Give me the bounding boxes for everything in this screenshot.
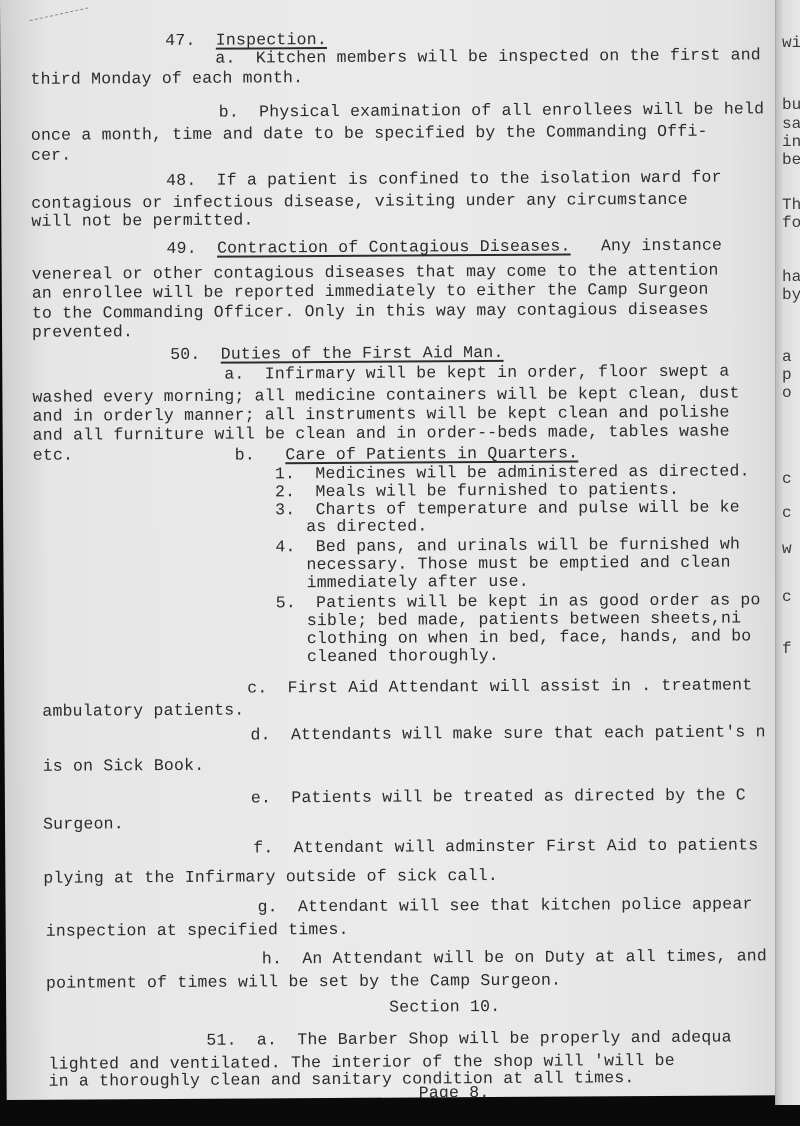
sub-label: e.: [251, 788, 271, 807]
item-48-line2: contagious or infectious disease, visiti…: [31, 190, 688, 213]
care-item-3-line2: as directed.: [306, 516, 427, 536]
fragment: ha: [782, 268, 800, 286]
item-50e-line1: e. Patients will be treated as directed …: [251, 785, 746, 807]
section-heading: Inspection.: [216, 30, 327, 50]
sub-label: b.: [219, 103, 239, 122]
text: If a patient is confined to the isolatio…: [217, 168, 722, 190]
list-number: 2.: [275, 482, 295, 501]
text: Patients will be treated as directed by …: [291, 785, 746, 807]
text: Any instance: [601, 236, 722, 256]
list-number: 3.: [275, 500, 295, 519]
item-51-line1: 51. a. The Barber Shop will be properly …: [206, 1028, 731, 1050]
text: Attendant will see that kitchen police a…: [298, 894, 753, 916]
fragment: by: [782, 286, 800, 304]
adjacent-page-edge: wi bu sa in be Th fo ha by a p o c c w c…: [775, 0, 800, 1105]
document-page: 47. Inspection. a. Kitchen members will …: [0, 0, 797, 1100]
list-number: 4.: [275, 537, 295, 556]
fragment: be: [782, 151, 800, 169]
item-47b-line2: once a month, time and date to be specif…: [31, 122, 708, 145]
sub-label: a.: [257, 1030, 277, 1049]
fragment: sa: [782, 115, 800, 133]
item-number: 50.: [170, 345, 200, 364]
fragment: c: [782, 470, 792, 488]
item-50h-line2: pointment of times will be set by the Ca…: [46, 971, 561, 993]
section-10-heading: Section 10.: [389, 997, 500, 1017]
list-number: 1.: [275, 464, 295, 483]
section-heading: Duties of the First Aid Man.: [221, 343, 504, 364]
text: Physical examination of all enrollees wi…: [259, 99, 764, 121]
item-48-line1: 48. If a patient is confined to the isol…: [166, 168, 722, 190]
item-50a-line4: and all furniture will be clean and in o…: [33, 422, 730, 445]
fragment: p: [782, 366, 792, 384]
fragment: c: [782, 504, 792, 522]
text: Infirmary will be kept in order, floor s…: [265, 362, 730, 384]
item-50c-line2: ambulatory patients.: [42, 701, 244, 721]
fragment: w: [782, 540, 792, 558]
text: An Attendant will be on Duty at all time…: [302, 946, 767, 968]
item-50f-line1: f. Attendant will adminster First Aid to…: [253, 835, 758, 857]
item-49-heading-line: 49. Contraction of Contagious Diseases. …: [166, 236, 722, 258]
item-number: 51.: [206, 1031, 236, 1050]
item-47-heading-line: 47. Inspection.: [165, 30, 327, 50]
item-50h-line1: h. An Attendant will be on Duty at all t…: [262, 946, 767, 968]
item-47b-line3: cer.: [31, 146, 72, 165]
item-49-line4: to the Commanding Officer. Only in this …: [32, 300, 709, 323]
section-heading: Contraction of Contagious Diseases.: [217, 237, 571, 258]
sub-label: a.: [224, 365, 244, 384]
item-47a-line1: a. Kitchen members will be inspected on …: [215, 45, 761, 67]
sub-label: g.: [257, 897, 277, 916]
item-50d-line1: d. Attendants will make sure that each p…: [250, 722, 765, 744]
sub-label: h.: [262, 949, 282, 968]
sub-label: c.: [247, 678, 267, 697]
item-50g-line1: g. Attendant will see that kitchen polic…: [257, 894, 752, 916]
text: The Barber Shop will be properly and ade…: [297, 1028, 731, 1050]
item-49-line5: prevented.: [32, 322, 133, 342]
item-51-line3: in a thoroughly clean and sanitary condi…: [49, 1068, 635, 1091]
item-50e-line2: Surgeon.: [43, 814, 124, 833]
text: First Aid Attendant will assist in . tre…: [288, 675, 753, 697]
care-item-5-line4: cleaned thoroughly.: [307, 646, 499, 666]
text: Attendants will make sure that each pati…: [291, 722, 766, 744]
subsection-heading: Care of Patients in Quarters.: [285, 443, 578, 464]
fragment: a: [782, 348, 792, 366]
item-50a-line1: a. Infirmary will be kept in order, floo…: [224, 362, 729, 384]
item-50b-heading-line: b. Care of Patients in Quarters.: [235, 443, 579, 464]
sub-label: a.: [215, 49, 235, 68]
fragment: o: [782, 384, 792, 402]
item-number: 47.: [165, 31, 195, 50]
fragment: c: [782, 588, 792, 606]
item-50-heading-line: 50. Duties of the First Aid Man.: [170, 343, 504, 364]
text: Attendant will adminster First Aid to pa…: [294, 835, 759, 857]
item-50a-line5: etc.: [33, 446, 74, 465]
care-item-5-line3: clothing on when in bed, face, hands, an…: [307, 626, 752, 648]
item-number: 49.: [166, 239, 196, 258]
fragment: wi: [782, 34, 800, 52]
fragment: bu: [782, 96, 800, 114]
fragment: Th: [782, 196, 800, 214]
sub-label: f.: [253, 838, 273, 857]
fragment: in: [782, 133, 800, 151]
text: Kitchen members will be inspected on the…: [256, 45, 761, 67]
item-50d-line2: is on Sick Book.: [43, 756, 205, 776]
fragment: f: [782, 640, 792, 658]
item-48-line3: will not be permitted.: [31, 210, 253, 230]
corner-mark: [30, 7, 91, 31]
list-number: 5.: [276, 593, 296, 612]
page-number: Page 8.: [419, 1083, 490, 1100]
item-47b-line1: b. Physical examination of all enrollees…: [219, 99, 765, 121]
item-50c-line1: c. First Aid Attendant will assist in . …: [247, 675, 752, 697]
item-number: 48.: [166, 171, 196, 190]
sub-label: d.: [250, 725, 270, 744]
item-50f-line2: plying at the Infirmary outside of sick …: [43, 866, 498, 888]
item-50g-line2: inspection at specified times.: [46, 920, 349, 941]
fragment: fo: [782, 214, 800, 232]
item-47a-line2: third Monday of each month.: [30, 68, 303, 89]
care-item-4-line3: immediately after use.: [307, 572, 529, 592]
sub-label: b.: [235, 445, 255, 464]
